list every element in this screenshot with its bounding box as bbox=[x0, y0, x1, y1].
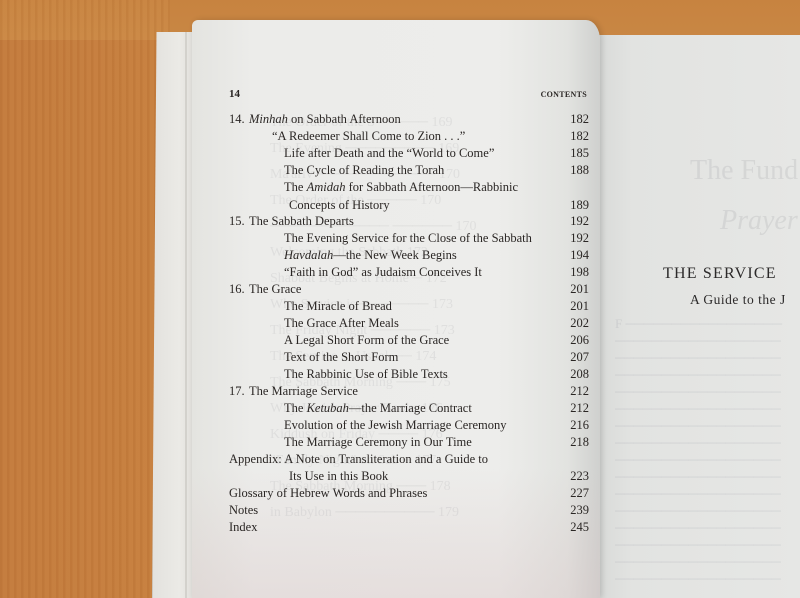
entry-title: Appendix: A Note on Transliteration and … bbox=[229, 452, 488, 467]
entry-title-text: The Grace bbox=[249, 282, 301, 296]
entry-title: The Miracle of Bread bbox=[284, 299, 392, 314]
chapter-number: 14. bbox=[229, 112, 245, 127]
entry-page-number: 188 bbox=[570, 163, 589, 178]
entry-page-number: 218 bbox=[570, 435, 589, 450]
entry-page-number: 192 bbox=[570, 231, 589, 246]
entry-title-text: The Evening Service for the Close of the… bbox=[284, 231, 532, 245]
toc-entry: 14.Minhah on Sabbath Afternoon182 bbox=[229, 112, 589, 128]
entry-page-number: 206 bbox=[570, 333, 589, 348]
entry-page-number: 212 bbox=[570, 384, 589, 399]
entry-page-number: 201 bbox=[570, 299, 589, 314]
entry-title: Concepts of History bbox=[289, 198, 390, 213]
running-head-title: CONTENTS bbox=[541, 90, 587, 99]
toc-entry: The Cycle of Reading the Torah188 bbox=[229, 163, 589, 179]
entry-title: The Cycle of Reading the Torah bbox=[284, 163, 444, 178]
entry-page-number: 182 bbox=[570, 129, 589, 144]
entry-title-text: The Rabbinic Use of Bible Texts bbox=[284, 367, 448, 381]
right-page-bleedthrough-heading: The Fund bbox=[690, 155, 798, 187]
toc-entry: Glossary of Hebrew Words and Phrases227 bbox=[229, 486, 589, 502]
entry-title: Index bbox=[229, 520, 257, 535]
entry-page-number: 245 bbox=[570, 520, 589, 535]
entry-title: Havdalah—the New Week Begins bbox=[284, 248, 457, 263]
toc-entry: A Legal Short Form of the Grace206 bbox=[229, 333, 589, 349]
page-number: 14 bbox=[229, 88, 240, 100]
toc-entry: The Grace After Meals202 bbox=[229, 316, 589, 332]
entry-title-text: “A Redeemer Shall Come to Zion . . .” bbox=[272, 129, 465, 143]
toc-entry: The Ketubah—the Marriage Contract212 bbox=[229, 401, 589, 417]
entry-title-text: Index bbox=[229, 520, 257, 534]
wooden-table-grain bbox=[0, 0, 170, 598]
toc-entry: 16.The Grace201 bbox=[229, 282, 589, 298]
toc-entry: Appendix: A Note on Transliteration and … bbox=[229, 452, 589, 468]
entry-page-number: 208 bbox=[570, 367, 589, 382]
entry-title-text: “Faith in God” as Judaism Conceives It bbox=[284, 265, 482, 279]
toc-entry: Life after Death and the “World to Come”… bbox=[229, 146, 589, 162]
entry-title-text: Text of the Short Form bbox=[284, 350, 398, 364]
entry-title: Evolution of the Jewish Marriage Ceremon… bbox=[284, 418, 507, 433]
toc-entry: Concepts of History189 bbox=[229, 198, 589, 214]
entry-title: A Legal Short Form of the Grace bbox=[284, 333, 449, 348]
entry-page-number: 202 bbox=[570, 316, 589, 331]
entry-page-number: 182 bbox=[570, 112, 589, 127]
toc-entry: The Evening Service for the Close of the… bbox=[229, 231, 589, 247]
entry-title: The Evening Service for the Close of the… bbox=[284, 231, 532, 246]
toc-entry: “A Redeemer Shall Come to Zion . . .”182 bbox=[229, 129, 589, 145]
entry-title: Text of the Short Form bbox=[284, 350, 398, 365]
entry-title-prefix: The bbox=[284, 401, 307, 415]
entry-title: The Grace After Meals bbox=[284, 316, 399, 331]
right-page-title: THE SERVICE bbox=[663, 265, 777, 283]
entry-title-text: on Sabbath Afternoon bbox=[288, 112, 401, 126]
toc-entry: Text of the Short Form207 bbox=[229, 350, 589, 366]
toc-entry: “Faith in God” as Judaism Conceives It19… bbox=[229, 265, 589, 281]
entry-page-number: 185 bbox=[570, 146, 589, 161]
entry-title-text: The Grace After Meals bbox=[284, 316, 399, 330]
entry-title-text: Glossary of Hebrew Words and Phrases bbox=[229, 486, 427, 500]
entry-title-text: Its Use in this Book bbox=[289, 469, 388, 483]
entry-page-number: 223 bbox=[570, 469, 589, 484]
toc-entry: Notes239 bbox=[229, 503, 589, 519]
toc-entry: Its Use in this Book223 bbox=[229, 469, 589, 485]
entry-title-italic: Ketubah bbox=[307, 401, 349, 415]
toc-entry: Evolution of the Jewish Marriage Ceremon… bbox=[229, 418, 589, 434]
entry-title-text: The Sabbath Departs bbox=[249, 214, 354, 228]
toc-entry: The Amidah for Sabbath Afternoon—Rabbini… bbox=[229, 180, 589, 196]
entry-page-number: 207 bbox=[570, 350, 589, 365]
chapter-number: 15. bbox=[229, 214, 245, 229]
running-head: 14 CONTENTS bbox=[229, 88, 589, 102]
entry-page-number: 239 bbox=[570, 503, 589, 518]
entry-title: Minhah on Sabbath Afternoon bbox=[249, 112, 401, 127]
entry-title: The Marriage Ceremony in Our Time bbox=[284, 435, 472, 450]
entry-title: Its Use in this Book bbox=[289, 469, 388, 484]
entry-title-prefix: The bbox=[284, 180, 307, 194]
entry-title: The Rabbinic Use of Bible Texts bbox=[284, 367, 448, 382]
entry-title-text: The Marriage Service bbox=[249, 384, 358, 398]
toc-entry: Index245 bbox=[229, 520, 589, 536]
entry-title: The Amidah for Sabbath Afternoon—Rabbini… bbox=[284, 180, 518, 195]
entry-title-text: The Cycle of Reading the Torah bbox=[284, 163, 444, 177]
toc-entry: The Marriage Ceremony in Our Time218 bbox=[229, 435, 589, 451]
entry-page-number: 194 bbox=[570, 248, 589, 263]
entry-title-text: —the New Week Begins bbox=[333, 248, 456, 262]
entry-title-text: for Sabbath Afternoon—Rabbinic bbox=[345, 180, 518, 194]
entry-title-text: The Miracle of Bread bbox=[284, 299, 392, 313]
entry-title-text: Appendix: A Note on Transliteration and … bbox=[229, 452, 488, 466]
entry-title: Life after Death and the “World to Come” bbox=[284, 146, 494, 161]
entry-title-italic: Havdalah bbox=[284, 248, 333, 262]
right-page-bleedthrough-body: F ──────────────────────────────────────… bbox=[615, 315, 800, 598]
entry-page-number: 227 bbox=[570, 486, 589, 501]
entry-title: “Faith in God” as Judaism Conceives It bbox=[284, 265, 482, 280]
toc-entry: The Miracle of Bread201 bbox=[229, 299, 589, 315]
entry-page-number: 216 bbox=[570, 418, 589, 433]
entry-title-text: Life after Death and the “World to Come” bbox=[284, 146, 494, 160]
entry-title-text: A Legal Short Form of the Grace bbox=[284, 333, 449, 347]
entry-page-number: 212 bbox=[570, 401, 589, 416]
right-page-subtitle: A Guide to the J bbox=[690, 292, 786, 308]
chapter-number: 16. bbox=[229, 282, 245, 297]
chapter-number: 17. bbox=[229, 384, 245, 399]
entry-page-number: 201 bbox=[570, 282, 589, 297]
entry-title: The Marriage Service bbox=[249, 384, 358, 399]
toc-entry: The Rabbinic Use of Bible Texts208 bbox=[229, 367, 589, 383]
entry-title: The Grace bbox=[249, 282, 301, 297]
entry-title: The Ketubah—the Marriage Contract bbox=[284, 401, 472, 416]
entry-title-text: Concepts of History bbox=[289, 198, 390, 212]
book-page-edges bbox=[152, 32, 197, 598]
entry-title-text: Notes bbox=[229, 503, 258, 517]
entry-page-number: 192 bbox=[570, 214, 589, 229]
entry-page-number: 189 bbox=[570, 198, 589, 213]
entry-page-number: 198 bbox=[570, 265, 589, 280]
entry-title-text: The Marriage Ceremony in Our Time bbox=[284, 435, 472, 449]
toc-entry: Havdalah—the New Week Begins194 bbox=[229, 248, 589, 264]
entry-title-italic: Minhah bbox=[249, 112, 288, 126]
entry-title: Notes bbox=[229, 503, 258, 518]
toc-entry: 15.The Sabbath Departs192 bbox=[229, 214, 589, 230]
right-page-bleedthrough-subheading: Prayer bbox=[720, 205, 798, 237]
entry-title-text: Evolution of the Jewish Marriage Ceremon… bbox=[284, 418, 507, 432]
toc-entry: 17.The Marriage Service212 bbox=[229, 384, 589, 400]
entry-title-text: —the Marriage Contract bbox=[349, 401, 472, 415]
entry-title-italic: Amidah bbox=[307, 180, 346, 194]
entry-title: The Sabbath Departs bbox=[249, 214, 354, 229]
entry-title: “A Redeemer Shall Come to Zion . . .” bbox=[272, 129, 465, 144]
entry-title: Glossary of Hebrew Words and Phrases bbox=[229, 486, 427, 501]
